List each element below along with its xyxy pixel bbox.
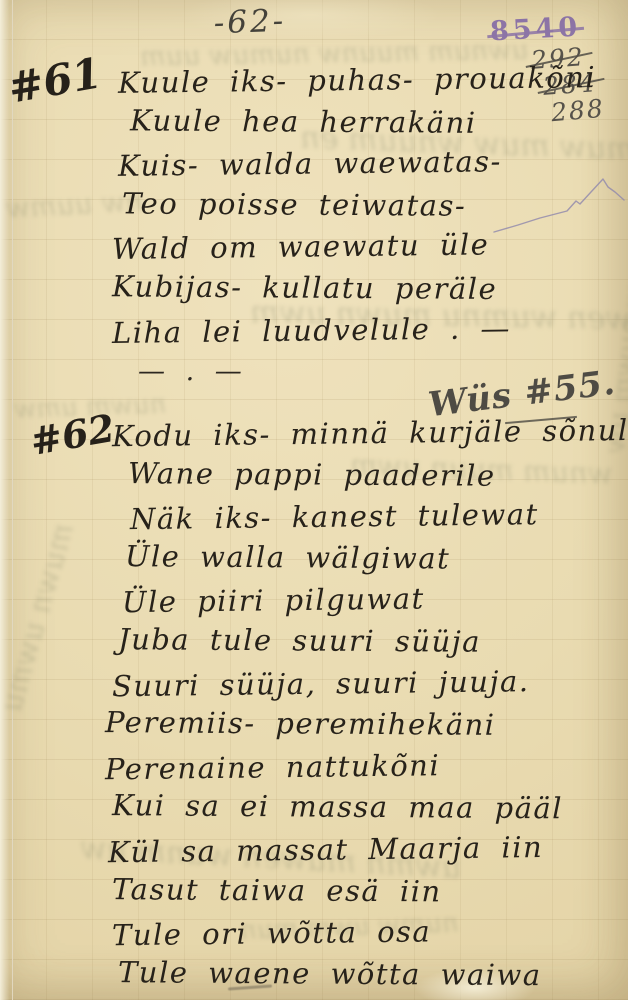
verse-line: Näk iks- kanest tulewat: [130, 493, 628, 541]
stamp-number: 8540: [489, 12, 582, 48]
manuscript-page: uwnum muunw numuw uum mwen numuw muw wnu…: [0, 0, 628, 1000]
verse-line: Tule waene wõtta waiwa: [118, 952, 628, 997]
verse-line: Juba tule suuri süüja: [118, 619, 628, 664]
verse-line: Tasut taiwa esä iin: [112, 869, 628, 914]
verse-line: Kuule iks- puhas- prouakõni: [118, 57, 597, 104]
verse-line: Peremiis- peremihekäni: [105, 702, 628, 747]
song-61-verse: Kuule iks- puhas- prouakõni Kuule hea he…: [105, 60, 596, 351]
verse-line: Suuri süüja, suuri juuja.: [112, 659, 628, 707]
verse-line: Kuis- walda waewatas-: [118, 140, 597, 187]
song-62-verse: Kodu iks- minnä kurjäle sõnule Wane papp…: [98, 413, 628, 995]
verse-separator: — . —: [138, 356, 248, 387]
verse-line: Kodu iks- minnä kurjäle sõnule: [112, 410, 628, 458]
verse-line: Üle piiri pilguwat: [122, 576, 628, 624]
verse-line: Kubijas- kullatu peräle: [112, 266, 597, 311]
verse-line: Kuule hea herrakäni: [130, 100, 597, 145]
verse-line: Kui sa ei massa maa pääl: [112, 785, 628, 830]
verse-line: Tule ori wõtta osa: [112, 909, 628, 957]
verse-line: Kül sa massat Maarja iin: [108, 826, 628, 874]
verse-line: Wane pappi paaderile: [128, 453, 628, 498]
verse-line: Teo poisse teiwatas-: [122, 183, 597, 228]
page-number: -62-: [184, 2, 315, 43]
verse-line: Perenaine nattukõni: [105, 742, 628, 790]
verse-line: Wald om waewatu üle: [112, 223, 597, 271]
verse-line: Liha lei luudvelule . —: [112, 307, 597, 355]
paper-left-edge: [0, 0, 13, 1000]
verse-line: Üle walla wälgiwat: [125, 536, 628, 581]
